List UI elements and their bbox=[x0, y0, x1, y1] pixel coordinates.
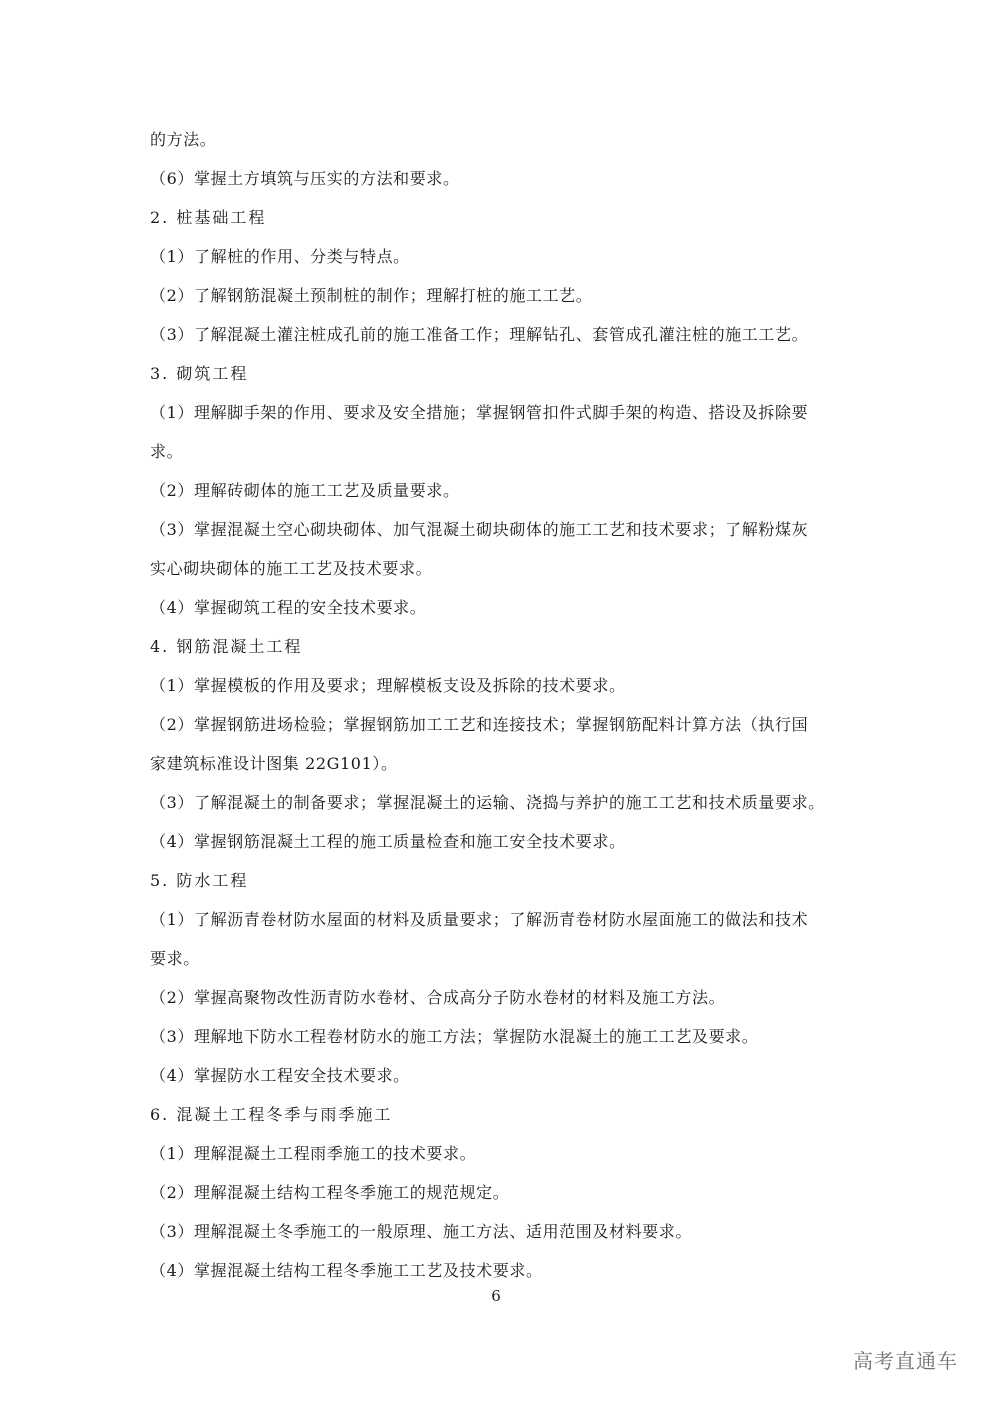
text-line: 家建筑标准设计图集 22G101）。 bbox=[150, 754, 398, 774]
list-item: （2）了解钢筋混凝土预制桩的制作；理解打桩的施工工艺。 bbox=[150, 286, 592, 306]
list-item: （1）理解混凝土工程雨季施工的技术要求。 bbox=[150, 1144, 476, 1164]
document-page: 的方法。 （6）掌握土方填筑与压实的方法和要求。 2. 桩基础工程 （1）了解桩… bbox=[0, 0, 992, 1403]
list-item: （3）理解混凝土冬季施工的一般原理、施工方法、适用范围及材料要求。 bbox=[150, 1222, 692, 1242]
text-line: 要求。 bbox=[150, 949, 200, 969]
list-item: （1）理解脚手架的作用、要求及安全措施；掌握钢管扣件式脚手架的构造、搭设及拆除要 bbox=[150, 403, 808, 423]
list-item: （1）了解桩的作用、分类与特点。 bbox=[150, 247, 410, 267]
text-line: 的方法。 bbox=[150, 130, 216, 150]
list-item: （6）掌握土方填筑与压实的方法和要求。 bbox=[150, 169, 460, 189]
section-heading: 3. 砌筑工程 bbox=[150, 364, 248, 384]
list-item: （2）理解砖砌体的施工工艺及质量要求。 bbox=[150, 481, 460, 501]
list-item: （3）理解地下防水工程卷材防水的施工方法；掌握防水混凝土的施工工艺及要求。 bbox=[150, 1027, 758, 1047]
section-heading: 4. 钢筋混凝土工程 bbox=[150, 637, 302, 657]
list-item: （3）了解混凝土灌注桩成孔前的施工准备工作；理解钻孔、套管成孔灌注桩的施工工艺。 bbox=[150, 325, 808, 345]
section-heading: 2. 桩基础工程 bbox=[150, 208, 266, 228]
section-heading: 6. 混凝土工程冬季与雨季施工 bbox=[150, 1105, 392, 1125]
list-item: （4）掌握砌筑工程的安全技术要求。 bbox=[150, 598, 426, 618]
list-item: （2）理解混凝土结构工程冬季施工的规范规定。 bbox=[150, 1183, 509, 1203]
list-item: （1）掌握模板的作用及要求；理解模板支设及拆除的技术要求。 bbox=[150, 676, 626, 696]
list-item: （3）掌握混凝土空心砌块砌体、加气混凝土砌块砌体的施工工艺和技术要求；了解粉煤灰 bbox=[150, 520, 808, 540]
list-item: （1）了解沥青卷材防水屋面的材料及质量要求；了解沥青卷材防水屋面施工的做法和技术 bbox=[150, 910, 808, 930]
list-item: （2）掌握钢筋进场检验；掌握钢筋加工工艺和连接技术；掌握钢筋配料计算方法（执行国 bbox=[150, 715, 808, 735]
section-heading: 5. 防水工程 bbox=[150, 871, 248, 891]
list-item: （3）了解混凝土的制备要求；掌握混凝土的运输、浇捣与养护的施工工艺和技术质量要求… bbox=[150, 793, 825, 813]
list-item: （4）掌握混凝土结构工程冬季施工工艺及技术要求。 bbox=[150, 1261, 543, 1281]
text-line: 求。 bbox=[150, 442, 183, 462]
list-item: （2）掌握高聚物改性沥青防水卷材、合成高分子防水卷材的材料及施工方法。 bbox=[150, 988, 725, 1008]
list-item: （4）掌握防水工程安全技术要求。 bbox=[150, 1066, 410, 1086]
watermark: 高考直通车 bbox=[853, 1348, 958, 1374]
page-number: 6 bbox=[0, 1286, 992, 1306]
list-item: （4）掌握钢筋混凝土工程的施工质量检查和施工安全技术要求。 bbox=[150, 832, 626, 852]
text-line: 实心砌块砌体的施工工艺及技术要求。 bbox=[150, 559, 432, 579]
